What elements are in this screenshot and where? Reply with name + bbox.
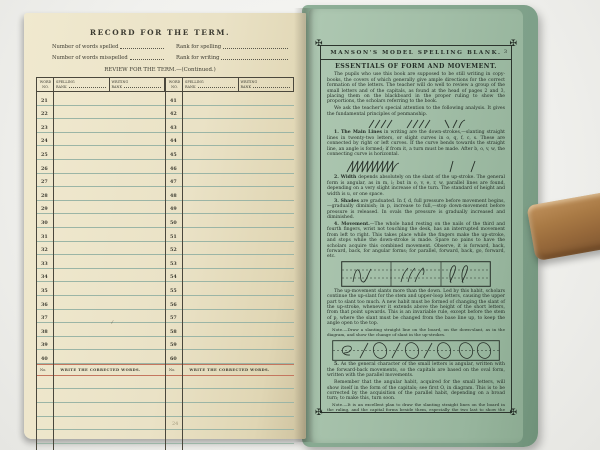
row-number: 49: [170, 206, 177, 212]
book-photo: RECORD FOR THE TERM. Number of words spe…: [0, 0, 600, 450]
section-5: 5. As the general character of the small…: [327, 362, 505, 378]
row-number: 37: [41, 315, 48, 321]
table-row: 29: [36, 201, 165, 215]
table-row: 40: [36, 350, 165, 364]
row-number: 42: [170, 111, 177, 117]
table-row: 48: [165, 187, 294, 201]
review-heading: REVIEW FOR THE TERM.—(Continued.): [24, 67, 296, 73]
table-row: 23: [36, 119, 165, 133]
note-1: Note.—Draw a slanting straight line on t…: [327, 328, 505, 338]
form-row-spelled: Number of words spelled Rank for spellin…: [52, 44, 290, 50]
row-number: 47: [170, 179, 177, 185]
table-row: 31: [36, 228, 165, 242]
row-number: 39: [41, 342, 48, 348]
blank-ruled-row: [165, 444, 294, 450]
row-number: 41: [170, 98, 177, 104]
row-number: 31: [41, 234, 48, 240]
row-number: 25: [41, 152, 48, 158]
row-number: 48: [170, 193, 177, 199]
record-title: RECORD FOR THE TERM.: [24, 28, 296, 37]
blank-ruled-row: [165, 417, 294, 431]
row-number: 52: [170, 247, 177, 253]
row-number: 30: [41, 220, 48, 226]
blank-ruled-row: [36, 403, 165, 417]
dotted-leader: [221, 55, 288, 60]
row-number: 55: [170, 288, 177, 294]
row-number: 40: [41, 356, 48, 362]
table-row: 52: [165, 242, 294, 256]
section-2: 2. Width depends absolutely on the slant…: [327, 175, 505, 197]
table-row: 30: [36, 214, 165, 228]
row-number: 58: [170, 329, 177, 335]
row-number: 24: [41, 138, 48, 144]
table-row: 34: [36, 269, 165, 283]
table-header: WORDNO. SPELLINGRANK WRITINGRANK: [165, 77, 294, 92]
table-row: 28: [36, 187, 165, 201]
row-number: 45: [170, 152, 177, 158]
table-row: 24: [36, 133, 165, 147]
blank-ruled-row: [36, 389, 165, 403]
table-row: 56: [165, 296, 294, 310]
table-row: 44: [165, 133, 294, 147]
table-row: 21: [36, 92, 165, 106]
row-number: 54: [170, 274, 177, 280]
hatch-strokes-sample: [341, 159, 491, 174]
table-row: 46: [165, 160, 294, 174]
table-row: 36: [36, 296, 165, 310]
table-row: 58: [165, 323, 294, 337]
book-series-title: MANSON'S MODEL SPELLING BLANK.: [330, 50, 501, 56]
row-number: 44: [170, 138, 177, 144]
table-row: 51: [165, 228, 294, 242]
table-row: 41: [165, 92, 294, 106]
table-row: 26: [36, 160, 165, 174]
blank-ruled-row: [165, 403, 294, 417]
row-number: 26: [41, 166, 48, 172]
review-table-left-half: WORDNO. SPELLINGRANK WRITINGRANK 2122232…: [36, 77, 165, 450]
row-number: 34: [41, 274, 48, 280]
table-row: 38: [36, 323, 165, 337]
dotted-leader: [120, 44, 164, 49]
row-number: 56: [170, 302, 177, 308]
row-number: 22: [41, 111, 48, 117]
table-row: 37: [36, 310, 165, 324]
row-number: 46: [170, 166, 177, 172]
row-number: 59: [170, 342, 177, 348]
table-row: 45: [165, 146, 294, 160]
essay-content: ESSENTIALS OF FORM AND MOVEMENT. The pup…: [321, 60, 511, 412]
oval-forms-diagram: [332, 340, 500, 361]
table-row: 59: [165, 337, 294, 351]
table-row: 27: [36, 174, 165, 188]
remember-paragraph: Remember that the angular habit, acquire…: [327, 380, 505, 402]
dotted-leader: [130, 55, 164, 60]
blank-ruled-row: [36, 430, 165, 444]
table-row: 49: [165, 201, 294, 215]
blank-ruled-row: [165, 376, 294, 390]
table-row: 42: [165, 106, 294, 120]
table-row: 39: [36, 337, 165, 351]
right-page-number: 3: [504, 49, 507, 55]
decorative-frame: ✠ ✠ ✠ ✠ MANSON'S MODEL SPELLING BLANK. 3…: [320, 45, 512, 413]
review-table-right-half: WORDNO. SPELLINGRANK WRITINGRANK 4142434…: [165, 77, 294, 450]
table-row: 54: [165, 269, 294, 283]
table-row: 47: [165, 174, 294, 188]
pencil-checkmark: ✓: [110, 319, 116, 327]
section-3: 3. Shades are graduated. In f, d, full p…: [327, 199, 505, 221]
row-number: 38: [41, 329, 48, 335]
table-row: 50: [165, 214, 294, 228]
table-row: 35: [36, 282, 165, 296]
row-number: 33: [41, 261, 48, 267]
row-number: 23: [41, 125, 48, 131]
rank-spelling-label: Rank for spelling: [176, 44, 221, 50]
row-number: 32: [41, 247, 48, 253]
row-number: 29: [41, 206, 48, 212]
form-row-misspelled: Number of words misspelled Rank for writ…: [52, 55, 290, 61]
table-row: 32: [36, 242, 165, 256]
table-header: WORDNO. SPELLINGRANK WRITINGRANK: [36, 77, 165, 92]
row-number: 21: [41, 98, 48, 104]
intro-paragraph-2: We ask the teacher's special attention t…: [327, 106, 505, 117]
row-number: 60: [170, 356, 177, 362]
review-table: WORDNO. SPELLINGRANK WRITINGRANK 2122232…: [36, 77, 294, 450]
row-number: 50: [170, 220, 177, 226]
section-4: 4. Movement.—The whole hand resting on t…: [327, 222, 505, 260]
table-row: 25: [36, 146, 165, 160]
row-number: 36: [41, 302, 48, 308]
note-2: Note.—It is an excellent plan to draw th…: [327, 403, 505, 412]
table-row: 57: [165, 310, 294, 324]
right-page: ✠ ✠ ✠ ✠ MANSON'S MODEL SPELLING BLANK. 3…: [309, 9, 523, 443]
blank-ruled-row: [36, 444, 165, 450]
corrected-words-row: No. WRITE THE CORRECTED WORDS.: [165, 364, 294, 376]
table-row: 33: [36, 255, 165, 269]
intro-paragraph-1: The pupils who use this book are suppose…: [327, 72, 505, 104]
section-1: 1. The Main Lines in writing are the dow…: [327, 130, 505, 157]
blank-ruled-row: [165, 430, 294, 444]
table-row: 43: [165, 119, 294, 133]
row-number: 27: [41, 179, 48, 185]
table-row: 55: [165, 282, 294, 296]
row-number: 35: [41, 288, 48, 294]
corrected-words-row: No. WRITE THE CORRECTED WORDS.: [36, 364, 165, 376]
upstroke-paragraph: The up-movement slants more than the dow…: [327, 289, 505, 327]
table-row: 53: [165, 255, 294, 269]
row-number: 43: [170, 125, 177, 131]
ruled-writing-diagram: [341, 261, 491, 287]
table-row: 60: [165, 350, 294, 364]
row-number: 28: [41, 193, 48, 199]
left-page: RECORD FOR THE TERM. Number of words spe…: [24, 13, 306, 439]
running-head: MANSON'S MODEL SPELLING BLANK. 3: [321, 46, 511, 60]
row-number: 57: [170, 315, 177, 321]
table-row: 22: [36, 106, 165, 120]
row-number: 51: [170, 234, 177, 240]
rank-writing-label: Rank for writing: [176, 55, 219, 61]
words-misspelled-label: Number of words misspelled: [52, 55, 128, 61]
left-page-number: 24: [172, 421, 178, 427]
blank-ruled-row: [36, 417, 165, 431]
blank-ruled-row: [165, 389, 294, 403]
dotted-leader: [223, 44, 288, 49]
row-number: 53: [170, 261, 177, 267]
blank-ruled-row: [36, 376, 165, 390]
essay-title: ESSENTIALS OF FORM AND MOVEMENT.: [327, 64, 505, 69]
slant-strokes-sample: [361, 119, 471, 129]
words-spelled-label: Number of words spelled: [52, 44, 118, 50]
